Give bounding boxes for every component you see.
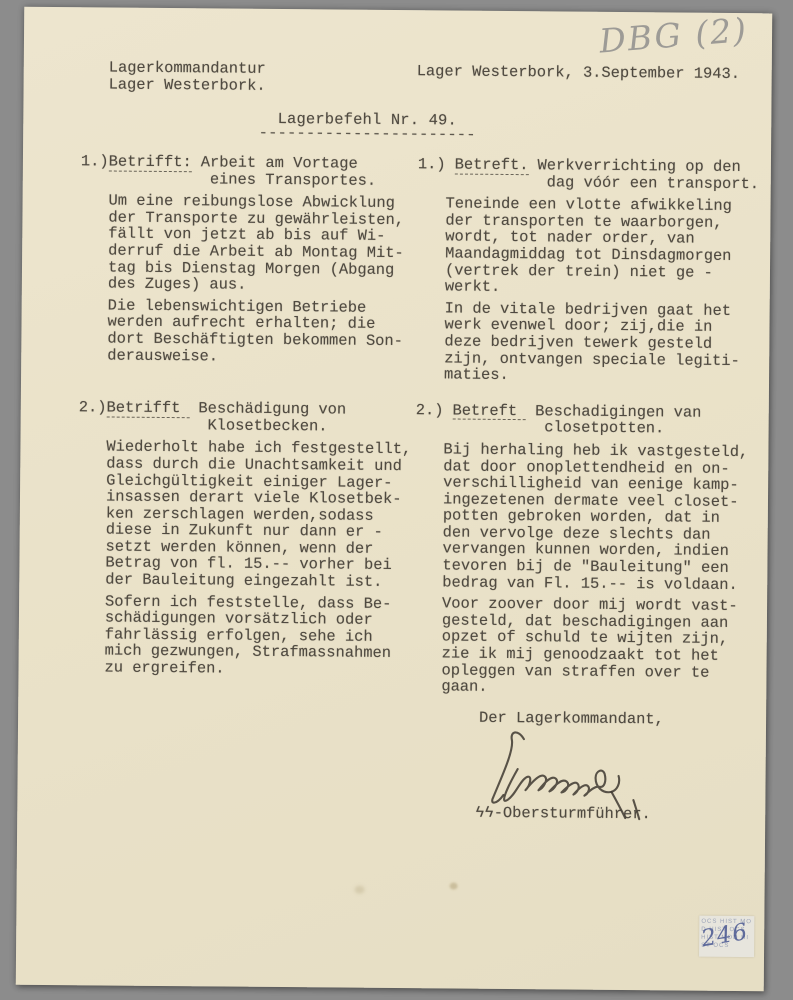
section-number: 2.) (416, 402, 444, 419)
section-subject: Werkverrichting op den dag vóór een tran… (537, 157, 759, 192)
column-dutch: 1.)Betreft. Werkverrichting op den dag v… (413, 156, 763, 698)
archive-sticker: OCS HIST MOD HIST OCS HIST MOD HIST OCS … (699, 916, 754, 957)
section-label: Betreft (452, 402, 526, 420)
german-section-1-paragraph-2: Die lebenswichtigen Betriebe werden aufr… (107, 297, 412, 366)
pencil-annotation: DBG (2) (598, 8, 781, 61)
signature-rank: ϟϟ-Obersturmführer. (475, 804, 651, 824)
dutch-section-1: 1.)Betreft. Werkverrichting op den dag v… (416, 156, 763, 386)
column-german: 1.)Betrifft: Arbeit am Vortage eines Tra… (76, 153, 413, 679)
section-label: Betrifft (106, 400, 189, 418)
section-subject: Beschädigung von Klosetbecken. (198, 400, 346, 434)
dutch-section-2: 2.)Betreft Beschadigingen van closetpott… (413, 402, 761, 698)
letterhead-org: Lagerkommandantur Lager Westerbork. (109, 59, 266, 94)
section-number: 2.) (79, 399, 107, 416)
dutch-section-2-paragraph-2: Voor zoover door mij wordt vast- gesteld… (441, 596, 759, 698)
dutch-section-1-paragraph-1: Teneinde een vlotte afwikkeling der tran… (445, 196, 763, 298)
german-section-1: 1.)Betrifft: Arbeit am Vortage eines Tra… (79, 153, 413, 366)
paper-stain (450, 883, 458, 890)
paper-stain (355, 886, 365, 894)
german-section-1-paragraph-1: Um eine reibungslose Abwicklung der Tran… (108, 193, 413, 295)
section-label: Betrifft: (109, 153, 192, 171)
section-number: 1.) (418, 156, 446, 173)
document-paper: DBG (2) Lagerkommandantur Lager Westerbo… (16, 7, 773, 991)
dutch-section-2-heading: 2.)Betreft Beschadigingen van closetpott… (416, 402, 761, 438)
section-subject: Arbeit am Vortage eines Transportes. (201, 154, 377, 189)
dutch-section-1-paragraph-2: In de vitale bedrijven gaat het werk eve… (444, 300, 762, 386)
dutch-section-2-paragraph-1: Bij herhaling heb ik vastgesteld, dat do… (442, 441, 760, 593)
german-section-1-heading: 1.)Betrifft: Arbeit am Vortage eines Tra… (81, 153, 413, 189)
photo-background: DBG (2) Lagerkommandantur Lager Westerbo… (0, 0, 793, 1000)
letterhead-org-line2: Lager Westerbork. (109, 76, 266, 94)
german-section-2-paragraph-2: Sofern ich feststelle, dass Be- schädigu… (104, 593, 409, 679)
german-section-2-heading: 2.)Betrifft Beschädigung von Klosetbecke… (79, 399, 411, 435)
german-section-2: 2.)Betrifft Beschädigung von Klosetbecke… (76, 399, 410, 678)
letterhead-dateline: Lager Westerbork, 3.September 1943. (417, 62, 740, 83)
german-section-2-paragraph-1: Wiederholt habe ich festgestellt, dass d… (105, 439, 410, 591)
section-label: Betreft. (455, 157, 529, 175)
section-subject: Beschadigingen van closetpotten. (535, 403, 702, 438)
dutch-section-1-heading: 1.)Betreft. Werkverrichting op den dag v… (418, 156, 763, 192)
section-number: 1.) (81, 153, 109, 170)
title-block: Lagerbefehl Nr. 49. --------------------… (23, 108, 711, 142)
